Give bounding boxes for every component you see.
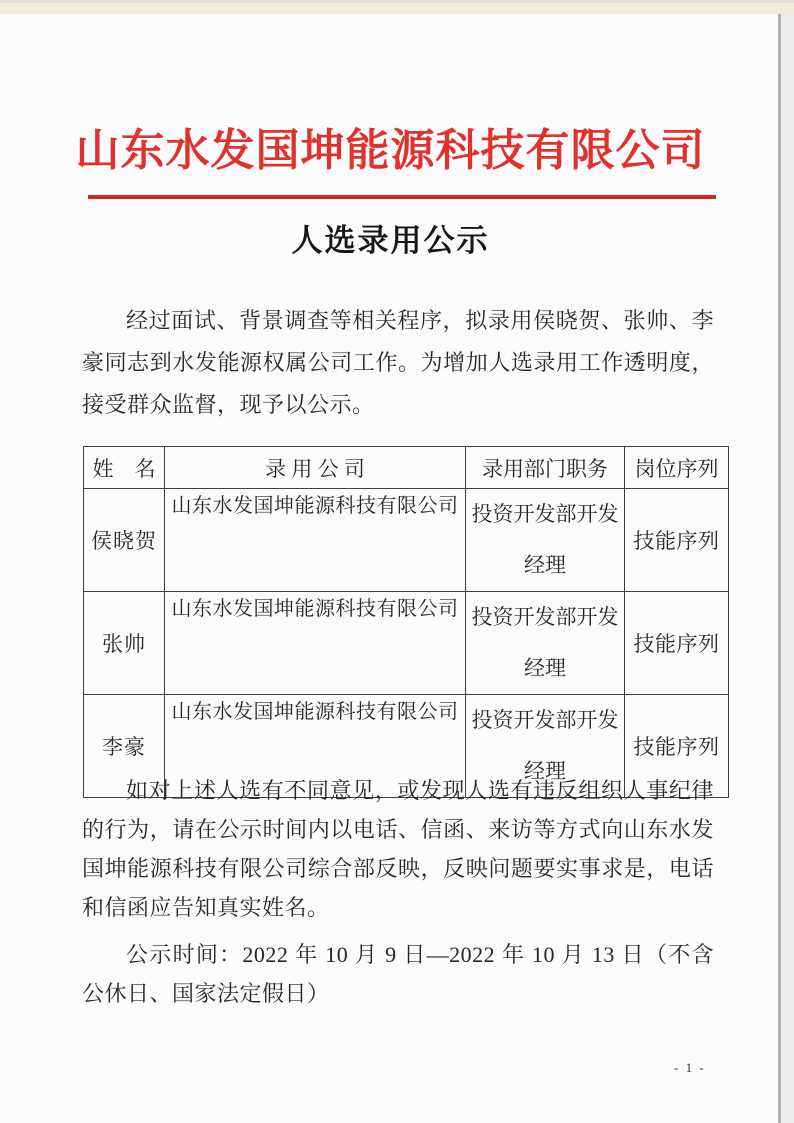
cell-position: 投资开发部开发 经理 [466, 489, 625, 592]
intro-paragraph: 经过面试、背景调查等相关程序，拟录用侯晓贺、张帅、李豪同志到水发能源权属公司工作… [82, 300, 714, 426]
position-line2: 经理 [524, 553, 566, 577]
position-line1: 投资开发部开发 [472, 502, 619, 526]
objection-paragraph: 如对上述人选有不同意见，或发现人选有违反组织人事纪律的行为，请在公示时间内以电话… [82, 771, 714, 927]
cell-sequence: 技能序列 [625, 592, 729, 695]
cell-sequence: 技能序列 [625, 489, 729, 592]
table-row: 侯晓贺 山东水发国坤能源科技有限公司 投资开发部开发 经理 技能序列 [84, 489, 729, 592]
scan-right-margin [781, 14, 794, 1123]
position-line1: 投资开发部开发 [472, 605, 619, 629]
cell-company: 山东水发国坤能源科技有限公司 [165, 489, 466, 592]
scan-top-band [0, 3, 794, 14]
letterhead-rule [88, 195, 716, 199]
company-letterhead-title: 山东水发国坤能源科技有限公司 [0, 116, 781, 186]
header-position: 录用部门职务 [466, 447, 625, 489]
recruitment-table: 姓 名 录 用 公 司 录用部门职务 岗位序列 侯晓贺 山东水发国坤能源科技有限… [83, 446, 729, 798]
cell-name: 张帅 [84, 592, 165, 695]
cell-company: 山东水发国坤能源科技有限公司 [165, 592, 466, 695]
position-line1: 投资开发部开发 [472, 708, 619, 732]
header-name: 姓 名 [84, 447, 165, 489]
cell-position: 投资开发部开发 经理 [466, 592, 625, 695]
page-number: - 1 - [674, 1060, 706, 1076]
publicity-period-paragraph: 公示时间：2022 年 10 月 9 日—2022 年 10 月 13 日（不含… [82, 935, 714, 1013]
table-header-row: 姓 名 录 用 公 司 录用部门职务 岗位序列 [84, 447, 729, 489]
cell-name: 侯晓贺 [84, 489, 165, 592]
table-row: 张帅 山东水发国坤能源科技有限公司 投资开发部开发 经理 技能序列 [84, 592, 729, 695]
header-sequence: 岗位序列 [625, 447, 729, 489]
header-company: 录 用 公 司 [165, 447, 466, 489]
document-title: 人选录用公示 [0, 221, 781, 261]
position-line2: 经理 [524, 656, 566, 680]
